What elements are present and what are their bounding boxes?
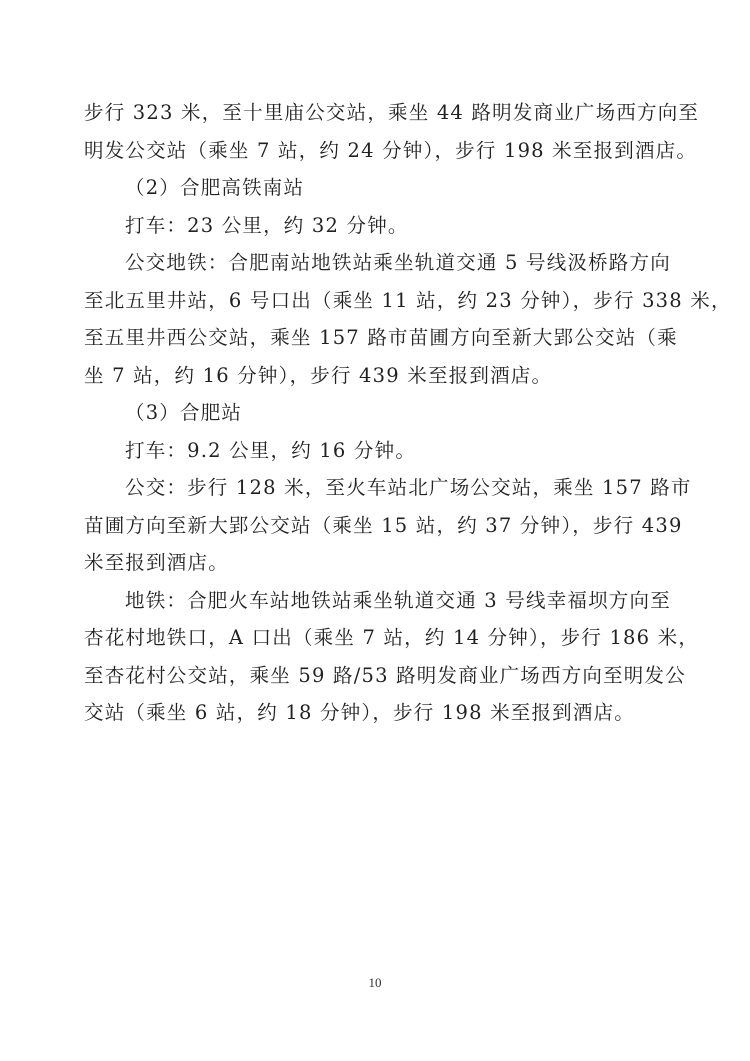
text-line: 地铁：合肥火车站地铁站乘坐轨道交通 3 号线幸福坝方向至 (84, 582, 667, 620)
text-line: 至杏花村公交站，乘坐 59 路/53 路明发商业广场西方向至明发公 (84, 657, 667, 695)
text-line: 米至报到酒店。 (84, 544, 667, 582)
text-line: 公交：步行 128 米，至火车站北广场公交站，乘坐 157 路市 (84, 469, 667, 507)
text-line: 至五里井西公交站，乘坐 157 路市苗圃方向至新大郢公交站（乘 (84, 319, 667, 357)
page-number: 10 (0, 975, 750, 991)
text-line: 公交地铁：合肥南站地铁站乘坐轨道交通 5 号线汲桥路方向 (84, 244, 667, 282)
text-line: 坐 7 站，约 16 分钟），步行 439 米至报到酒店。 (84, 357, 667, 395)
text-line: 杏花村地铁口，A 口出（乘坐 7 站，约 14 分钟），步行 186 米， (84, 619, 667, 657)
text-line: 打车：23 公里，约 32 分钟。 (84, 207, 667, 245)
document-page: 步行 323 米，至十里庙公交站，乘坐 44 路明发商业广场西方向至 明发公交站… (0, 0, 750, 1061)
section-heading-hefei-south: （2）合肥高铁南站 (84, 169, 667, 207)
text-line: 至北五里井站，6 号口出（乘坐 11 站，约 23 分钟），步行 338 米， (84, 282, 667, 320)
document-body: 步行 323 米，至十里庙公交站，乘坐 44 路明发商业广场西方向至 明发公交站… (84, 94, 667, 732)
section-heading-hefei-station: （3）合肥站 (84, 394, 667, 432)
text-line: 步行 323 米，至十里庙公交站，乘坐 44 路明发商业广场西方向至 (84, 94, 667, 132)
text-line: 打车：9.2 公里，约 16 分钟。 (84, 432, 667, 470)
text-line: 交站（乘坐 6 站，约 18 分钟），步行 198 米至报到酒店。 (84, 694, 667, 732)
text-line: 苗圃方向至新大郢公交站（乘坐 15 站，约 37 分钟），步行 439 (84, 507, 667, 545)
text-line: 明发公交站（乘坐 7 站，约 24 分钟），步行 198 米至报到酒店。 (84, 132, 667, 170)
